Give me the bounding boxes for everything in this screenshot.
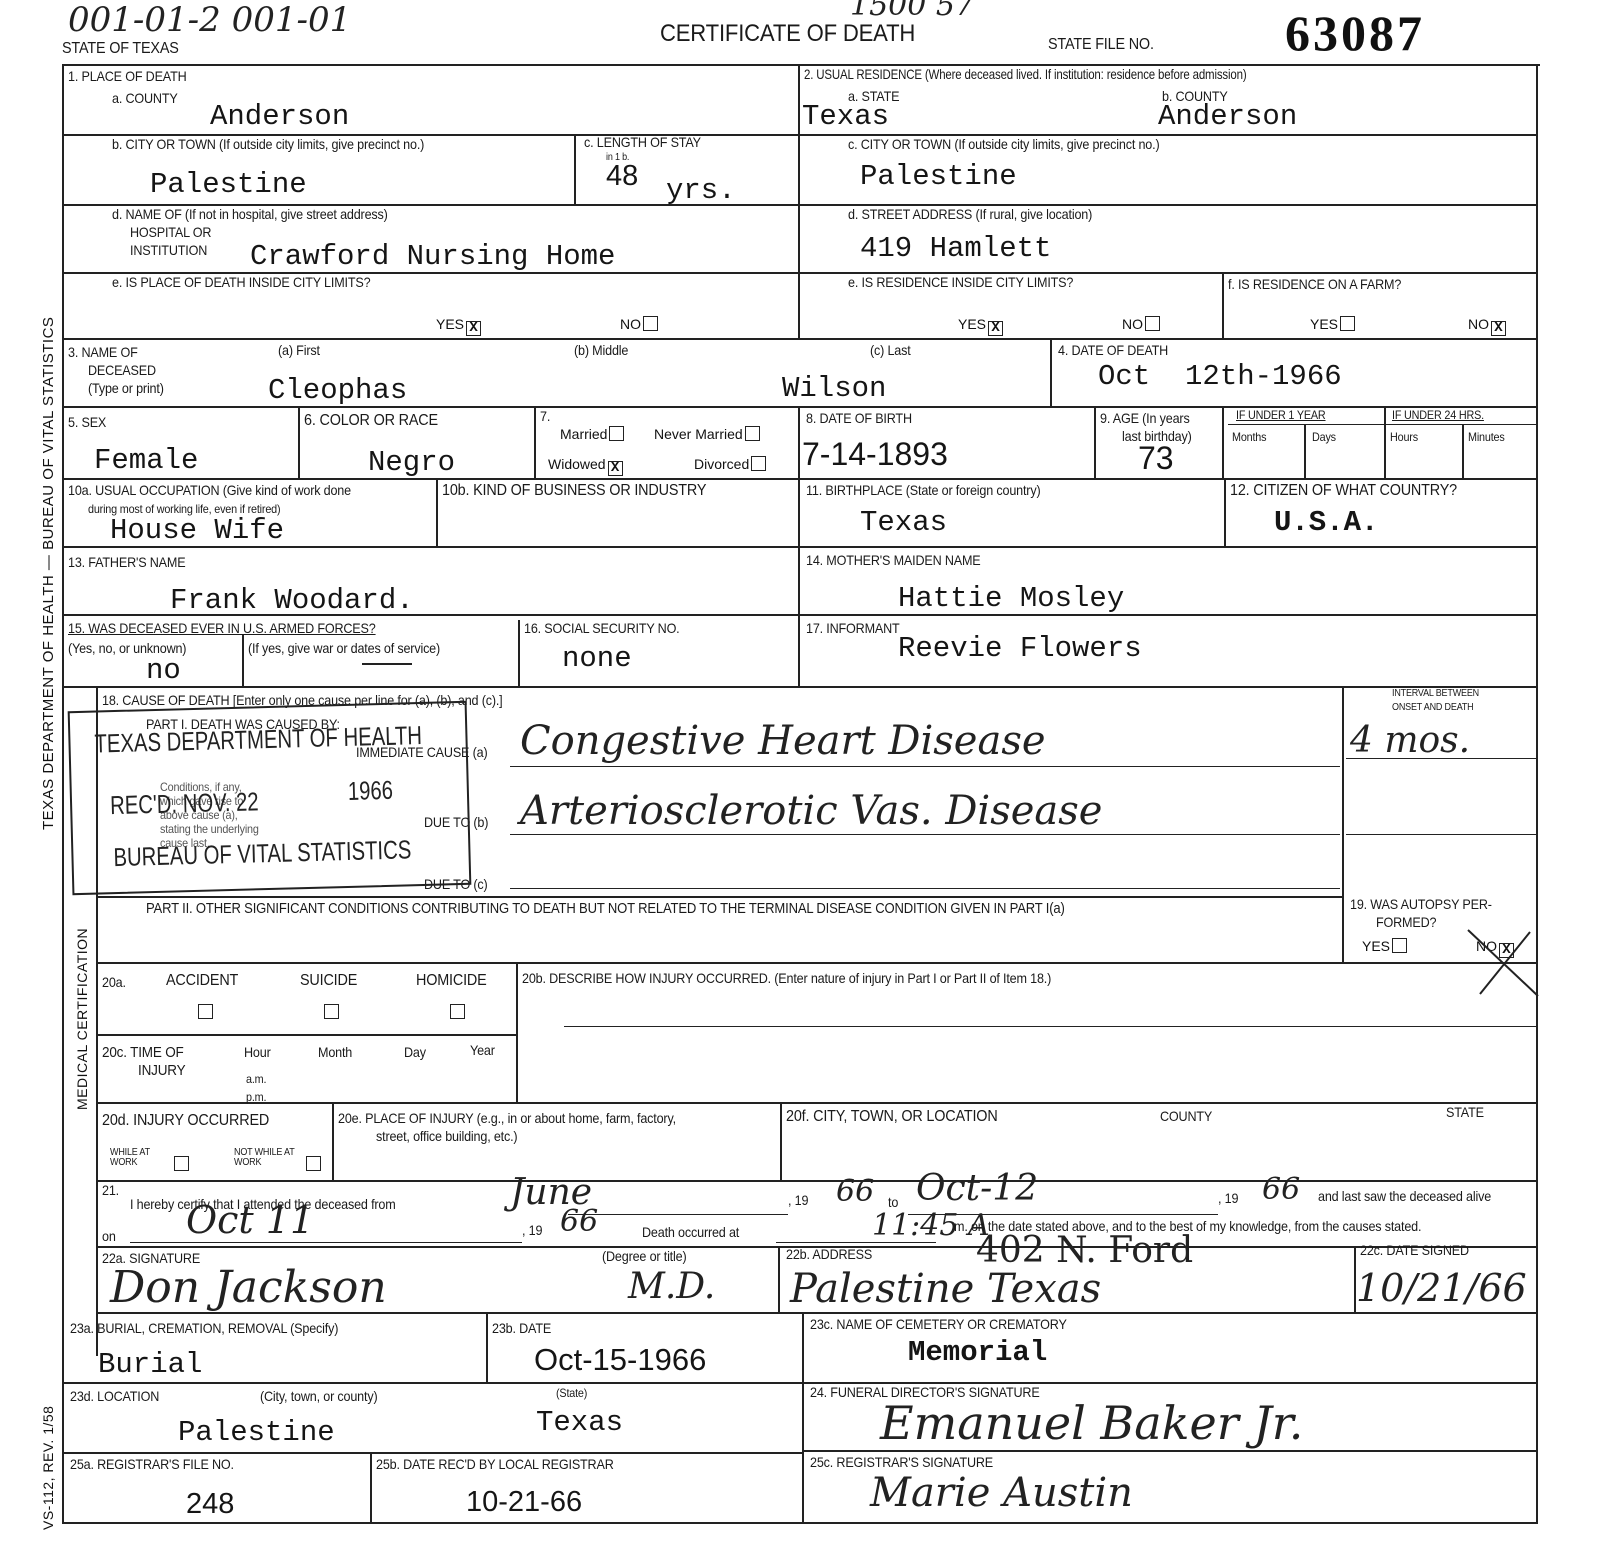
business-label: 10b. KIND OF BUSINESS OR INDUSTRY: [442, 482, 706, 500]
date-received-value: 10-21-66: [466, 1486, 582, 1519]
occupation-value: House Wife: [110, 514, 284, 547]
checkbox-yes[interactable]: X: [988, 321, 1003, 336]
burial-city-value: Palestine: [178, 1416, 335, 1449]
divorced-option[interactable]: Divorced: [694, 456, 766, 472]
minutes-label: Minutes: [1468, 430, 1505, 444]
suicide-checkbox[interactable]: [324, 1004, 339, 1019]
while-at-work-label: WHILE AT WORK: [110, 1148, 160, 1168]
interval-value: 4 mos.: [1350, 720, 1470, 761]
certification-item-number: 21.: [102, 1182, 119, 1198]
last-seen-date: Oct 11: [186, 1198, 314, 1242]
checkbox-yes[interactable]: X: [466, 321, 481, 336]
widowed-label: Widowed: [548, 456, 606, 472]
residence-street-label: d. STREET ADDRESS (If rural, give locati…: [848, 206, 1092, 222]
degree-label: (Degree or title): [602, 1248, 686, 1264]
deceased-name-label-3: (Type or print): [88, 380, 164, 396]
date-received-label: 25b. DATE REC'D BY LOCAL REGISTRAR: [376, 1456, 614, 1472]
checkbox-no[interactable]: X: [1491, 321, 1506, 336]
informant-value: Reevie Flowers: [898, 632, 1142, 665]
date-of-death-value: Oct 12th-1966: [1098, 360, 1342, 393]
disposition-value: Burial: [98, 1348, 202, 1381]
attended-to-date: Oct-12: [916, 1168, 1038, 1209]
mother-label: 14. MOTHER'S MAIDEN NAME: [806, 552, 981, 568]
residence-inside-city-label: e. IS RESIDENCE INSIDE CITY LIMITS?: [848, 274, 1073, 290]
usual-residence-label: 2. USUAL RESIDENCE (Where deceased lived…: [804, 66, 1246, 82]
residence-inside-city-yes[interactable]: YESX: [958, 316, 1003, 336]
hour-label: Hour: [244, 1044, 271, 1060]
death-inside-city-no[interactable]: NO: [620, 316, 658, 332]
days-label: Days: [1312, 430, 1336, 444]
to-year-value: 66: [1262, 1172, 1300, 1207]
state-file-no-label: STATE FILE NO.: [1048, 36, 1154, 54]
degree-value: M.D.: [628, 1266, 715, 1307]
state-file-no: 63087: [1285, 4, 1425, 62]
citizen-value: U.S.A.: [1274, 506, 1378, 539]
institution-label-2: HOSPITAL OR: [130, 224, 211, 240]
burial-state-label: (State): [556, 1386, 587, 1400]
burial-date-label: 23b. DATE: [492, 1320, 551, 1336]
autopsy-yes[interactable]: YES: [1362, 938, 1407, 954]
place-of-death-label: 1. PLACE OF DEATH: [68, 68, 187, 84]
stamp-line-bureau: BUREAU OF VITAL STATISTICS: [113, 834, 412, 873]
from-year-prefix: , 19: [788, 1192, 808, 1208]
manner-label: 20a.: [102, 974, 126, 990]
residence-farm-yes[interactable]: YES: [1310, 316, 1355, 332]
suicide-label: SUICIDE: [300, 972, 357, 990]
death-county-label: a. COUNTY: [112, 90, 178, 106]
race-label: 6. COLOR OR RACE: [304, 412, 438, 430]
length-of-stay-unit: yrs.: [666, 174, 736, 207]
never-married-option[interactable]: Never Married: [654, 426, 760, 442]
dob-value: 7-14-1893: [802, 436, 948, 473]
mother-value: Hattie Mosley: [898, 582, 1124, 615]
institution-label-1: d. NAME OF (If not in hospital, give str…: [112, 206, 388, 222]
birthplace-value: Texas: [860, 506, 947, 539]
date-signed-label: 22c. DATE SIGNED: [1360, 1242, 1469, 1258]
injury-county-label: COUNTY: [1160, 1108, 1212, 1124]
no-label: NO: [1122, 316, 1143, 332]
autopsy-label-1: 19. WAS AUTOPSY PER-: [1350, 896, 1492, 912]
informant-label: 17. INFORMANT: [806, 620, 900, 636]
funeral-director-signature: Emanuel Baker Jr.: [880, 1396, 1303, 1450]
immediate-cause-value: Congestive Heart Disease: [520, 718, 1046, 764]
ssn-value: none: [562, 642, 632, 675]
months-label: Months: [1232, 430, 1266, 444]
part2-label: PART II. OTHER SIGNIFICANT CONDITIONS CO…: [146, 900, 1065, 917]
department-vertical-text: TEXAS DEPARTMENT OF HEALTH — BUREAU OF V…: [40, 317, 57, 830]
due-to-b-value: Arteriosclerotic Vas. Disease: [520, 788, 1102, 834]
autopsy-no-cross-mark: [1460, 922, 1544, 1002]
describe-injury-label: 20b. DESCRIBE HOW INJURY OCCURRED. (Ente…: [522, 970, 1051, 986]
married-option[interactable]: Married: [560, 426, 624, 442]
length-of-stay-number: 48: [606, 160, 638, 193]
disposition-label: 23a. BURIAL, CREMATION, REMOVAL (Specify…: [70, 1320, 338, 1336]
autopsy-label-2: FORMED?: [1376, 914, 1436, 930]
interval-label-1: INTERVAL BETWEEN: [1392, 688, 1479, 699]
burial-state-value: Texas: [536, 1406, 623, 1439]
under-24-hrs-label: IF UNDER 24 HRS.: [1392, 408, 1484, 422]
deceased-name-label-2: DECEASED: [88, 362, 156, 378]
registrar-signature-label: 25c. REGISTRAR'S SIGNATURE: [810, 1454, 993, 1470]
medical-certification-vertical-text: MEDICAL CERTIFICATION: [74, 928, 90, 1110]
yes-label: YES: [1362, 938, 1390, 954]
residence-inside-city-no[interactable]: NO: [1122, 316, 1160, 332]
burial-date-value: Oct-15-1966: [534, 1342, 706, 1378]
residence-street-value: 419 Hamlett: [860, 232, 1051, 265]
injury-location-label: 20f. CITY, TOWN, OR LOCATION: [786, 1108, 998, 1126]
institution-value: Crawford Nursing Home: [250, 240, 615, 273]
to-year-prefix: , 19: [1218, 1190, 1238, 1206]
homicide-checkbox[interactable]: [450, 1004, 465, 1019]
last-name-value: Wilson: [782, 372, 886, 405]
stamp-line-date: REC'D. NOV. 22: [110, 786, 259, 821]
institution-label-3: INSTITUTION: [130, 242, 207, 258]
armed-forces-dash: [362, 663, 412, 665]
never-married-label: Never Married: [654, 426, 743, 442]
checkbox-no[interactable]: [643, 316, 658, 331]
registrar-file-no-label: 25a. REGISTRAR'S FILE NO.: [70, 1456, 234, 1472]
pm-label: p.m.: [246, 1090, 266, 1104]
physician-signature: Don Jackson: [110, 1262, 387, 1313]
burial-location-label: 23d. LOCATION: [70, 1388, 159, 1404]
checkbox-no[interactable]: [1145, 316, 1160, 331]
physician-address-line-1: 402 N. Ford: [976, 1230, 1193, 1271]
on-label: on: [102, 1228, 116, 1244]
ssn-label: 16. SOCIAL SECURITY NO.: [524, 620, 680, 636]
time-of-injury-label-2: INJURY: [138, 1062, 185, 1079]
time-of-injury-label-1: 20c. TIME OF: [102, 1044, 184, 1061]
checkbox-widowed[interactable]: X: [608, 461, 623, 476]
first-name-label: (a) First: [278, 342, 320, 358]
dob-label: 8. DATE OF BIRTH: [806, 410, 912, 426]
homicide-label: HOMICIDE: [416, 972, 487, 990]
registrar-signature: Marie Austin: [870, 1470, 1133, 1516]
married-label: Married: [560, 426, 607, 442]
death-occurred-label: Death occurred at: [642, 1224, 739, 1240]
death-inside-city-label: e. IS PLACE OF DEATH INSIDE CITY LIMITS?: [112, 274, 370, 290]
interval-label-2: ONSET AND DEATH: [1392, 702, 1473, 713]
injury-occurred-label: 20d. INJURY OCCURRED: [102, 1112, 269, 1130]
armed-forces-sub-2: (If yes, give war or dates of service): [248, 640, 440, 656]
year-label: Year: [470, 1042, 495, 1058]
place-of-injury-label-1: 20e. PLACE OF INJURY (e.g., in or about …: [338, 1110, 676, 1126]
date-signed-value: 10/21/66: [1356, 1266, 1527, 1310]
physician-address-label: 22b. ADDRESS: [786, 1246, 872, 1262]
accident-label: ACCIDENT: [166, 972, 238, 990]
received-stamp: TEXAS DEPARTMENT OF HEALTH REC'D. NOV. 2…: [68, 701, 472, 895]
divorced-label: Divorced: [694, 456, 749, 472]
residence-farm-no[interactable]: NOX: [1468, 316, 1506, 336]
date-of-death-label: 4. DATE OF DEATH: [1058, 342, 1168, 358]
registrar-file-no-value: 248: [186, 1488, 234, 1521]
residence-farm-label: f. IS RESIDENCE ON A FARM?: [1228, 276, 1401, 292]
no-label: NO: [1468, 316, 1489, 332]
race-value: Negro: [368, 446, 455, 479]
while-at-work-checkbox[interactable]: [174, 1156, 189, 1171]
residence-county-value: Anderson: [1158, 100, 1297, 133]
middle-name-label: (b) Middle: [574, 342, 628, 358]
widowed-option[interactable]: WidowedX: [548, 456, 623, 476]
yes-label: YES: [958, 316, 986, 332]
first-name-value: Cleophas: [268, 374, 407, 407]
death-city-label: b. CITY OR TOWN (If outside city limits,…: [112, 136, 424, 152]
am-label: a.m.: [246, 1072, 266, 1086]
not-while-at-work-label: NOT WHILE AT WORK: [234, 1148, 297, 1168]
yes-label: YES: [436, 316, 464, 332]
accident-checkbox[interactable]: [198, 1004, 213, 1019]
no-label: NO: [620, 316, 641, 332]
age-value: 73: [1138, 440, 1174, 477]
checkbox-yes[interactable]: [1340, 316, 1355, 331]
state-label: STATE OF TEXAS: [62, 40, 179, 58]
certification-text-2: and last saw the deceased alive: [1318, 1188, 1491, 1204]
residence-state-value: Texas: [802, 100, 889, 133]
armed-forces-label: 15. WAS DECEASED EVER IN U.S. ARMED FORC…: [68, 620, 376, 636]
burial-city-label: (City, town, or county): [260, 1388, 377, 1404]
handwritten-codes-left: 001-01-2 001-01: [68, 0, 351, 40]
stamp-line-year: 1966: [347, 775, 393, 807]
day-label: Day: [404, 1044, 426, 1060]
under-1-year-label: IF UNDER 1 YEAR: [1236, 408, 1326, 422]
death-county-value: Anderson: [210, 100, 349, 133]
residence-city-value: Palestine: [860, 160, 1017, 193]
cemetery-value: Memorial: [908, 1336, 1047, 1369]
death-city-value: Palestine: [150, 168, 307, 201]
physician-address-line-2: Palestine Texas: [790, 1266, 1101, 1312]
checkbox-divorced[interactable]: [751, 456, 766, 471]
last-seen-year: 66: [560, 1204, 598, 1239]
armed-forces-value: no: [146, 654, 181, 687]
father-label: 13. FATHER'S NAME: [68, 554, 185, 570]
last-name-label: (c) Last: [870, 342, 911, 358]
death-inside-city-yes[interactable]: YESX: [436, 316, 481, 336]
occupation-label-1: 10a. USUAL OCCUPATION (Give kind of work…: [68, 482, 351, 498]
not-while-at-work-checkbox[interactable]: [306, 1156, 321, 1171]
birthplace-label: 11. BIRTHPLACE (State or foreign country…: [806, 482, 1040, 498]
citizen-label: 12. CITIZEN OF WHAT COUNTRY?: [1230, 482, 1457, 500]
certificate-title: CERTIFICATE OF DEATH: [660, 20, 915, 48]
checkbox-married[interactable]: [609, 426, 624, 441]
last-seen-year-prefix: , 19: [522, 1222, 542, 1238]
place-of-injury-label-2: street, office building, etc.): [376, 1128, 517, 1144]
length-of-stay-label: c. LENGTH OF STAY: [584, 134, 701, 150]
stamp-line-department: TEXAS DEPARTMENT OF HEALTH: [94, 720, 422, 760]
month-label: Month: [318, 1044, 352, 1060]
hours-label: Hours: [1390, 430, 1418, 444]
form-revision-vertical-text: VS-112, REV. 1/58: [40, 1406, 56, 1530]
deceased-name-label-1: 3. NAME OF: [68, 344, 138, 360]
cemetery-label: 23c. NAME OF CEMETERY OR CREMATORY: [810, 1316, 1067, 1332]
father-value: Frank Woodard.: [170, 584, 414, 617]
age-label-1: 9. AGE (In years: [1100, 410, 1190, 426]
marital-status-label: 7.: [540, 408, 550, 424]
yes-label: YES: [1310, 316, 1338, 332]
residence-city-label: c. CITY OR TOWN (If outside city limits,…: [848, 136, 1159, 152]
injury-state-label: STATE: [1446, 1104, 1484, 1120]
sex-value: Female: [94, 444, 198, 477]
checkbox-yes[interactable]: [1392, 938, 1407, 953]
from-year-value: 66: [836, 1174, 874, 1209]
checkbox-never-married[interactable]: [745, 426, 760, 441]
sex-label: 5. SEX: [68, 414, 106, 430]
